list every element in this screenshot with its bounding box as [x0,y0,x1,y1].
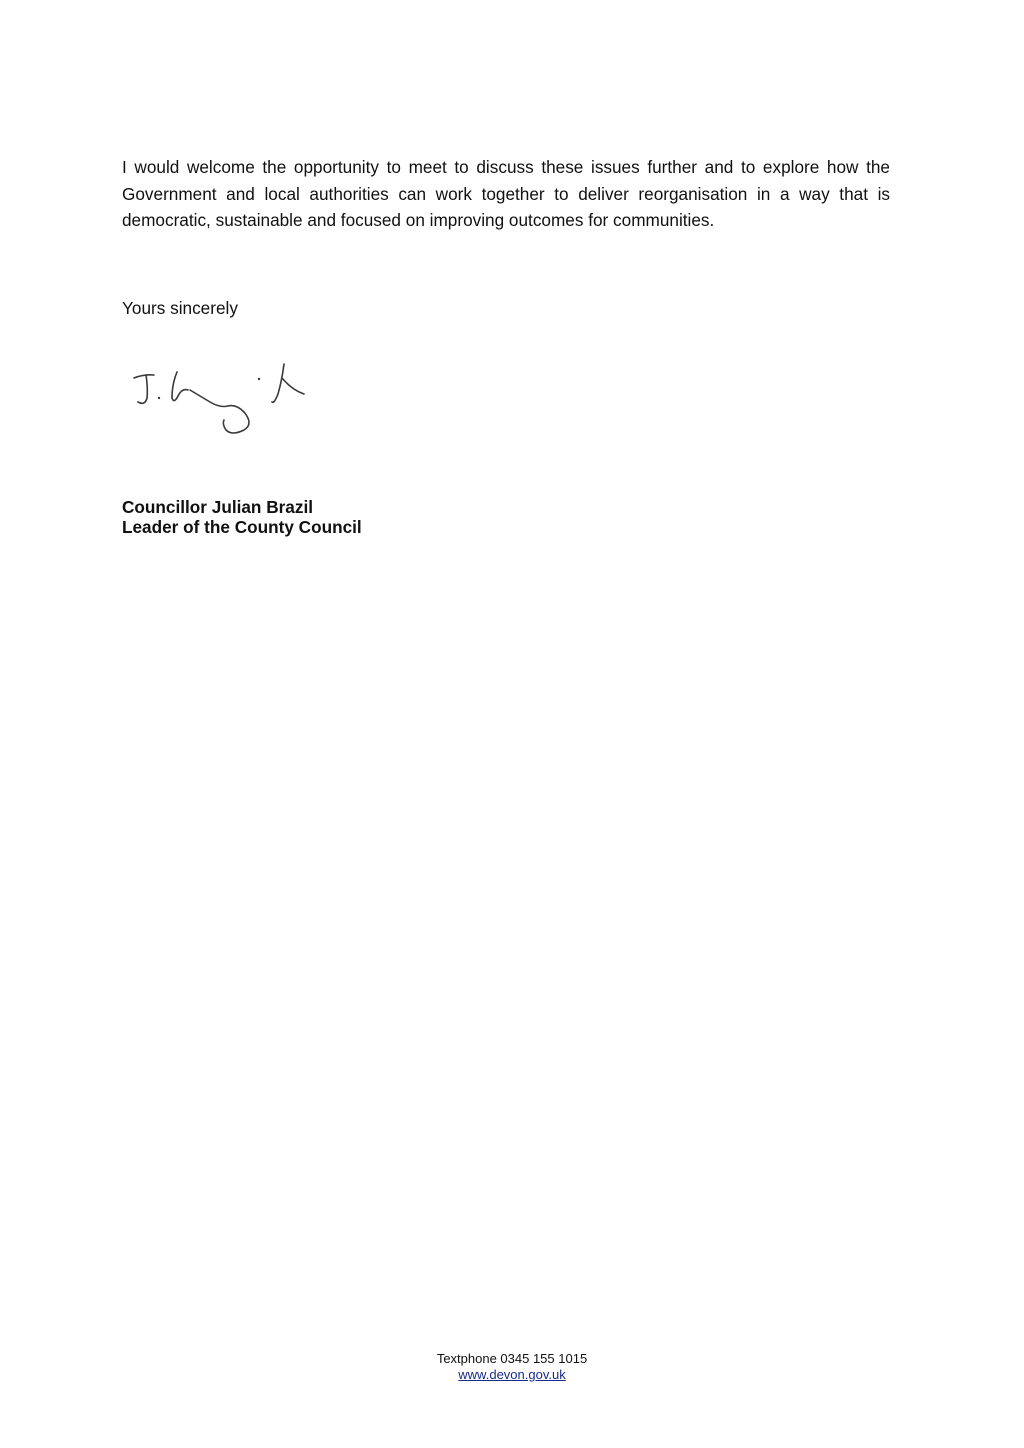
handwritten-signature-icon [132,350,322,440]
signer-block: Councillor Julian Brazil Leader of the C… [122,497,362,537]
body-paragraph: I would welcome the opportunity to meet … [122,154,890,234]
closing-salutation: Yours sincerely [122,297,238,319]
signature-image [132,350,322,440]
footer-website-link[interactable]: www.devon.gov.uk [458,1367,565,1382]
signer-name: Councillor Julian Brazil [122,497,362,517]
signer-title: Leader of the County Council [122,517,362,537]
letter-page: I would welcome the opportunity to meet … [0,0,1024,1448]
footer-textphone: Textphone 0345 155 1015 [0,1351,1024,1367]
footer: Textphone 0345 155 1015 www.devon.gov.uk [0,1351,1024,1383]
